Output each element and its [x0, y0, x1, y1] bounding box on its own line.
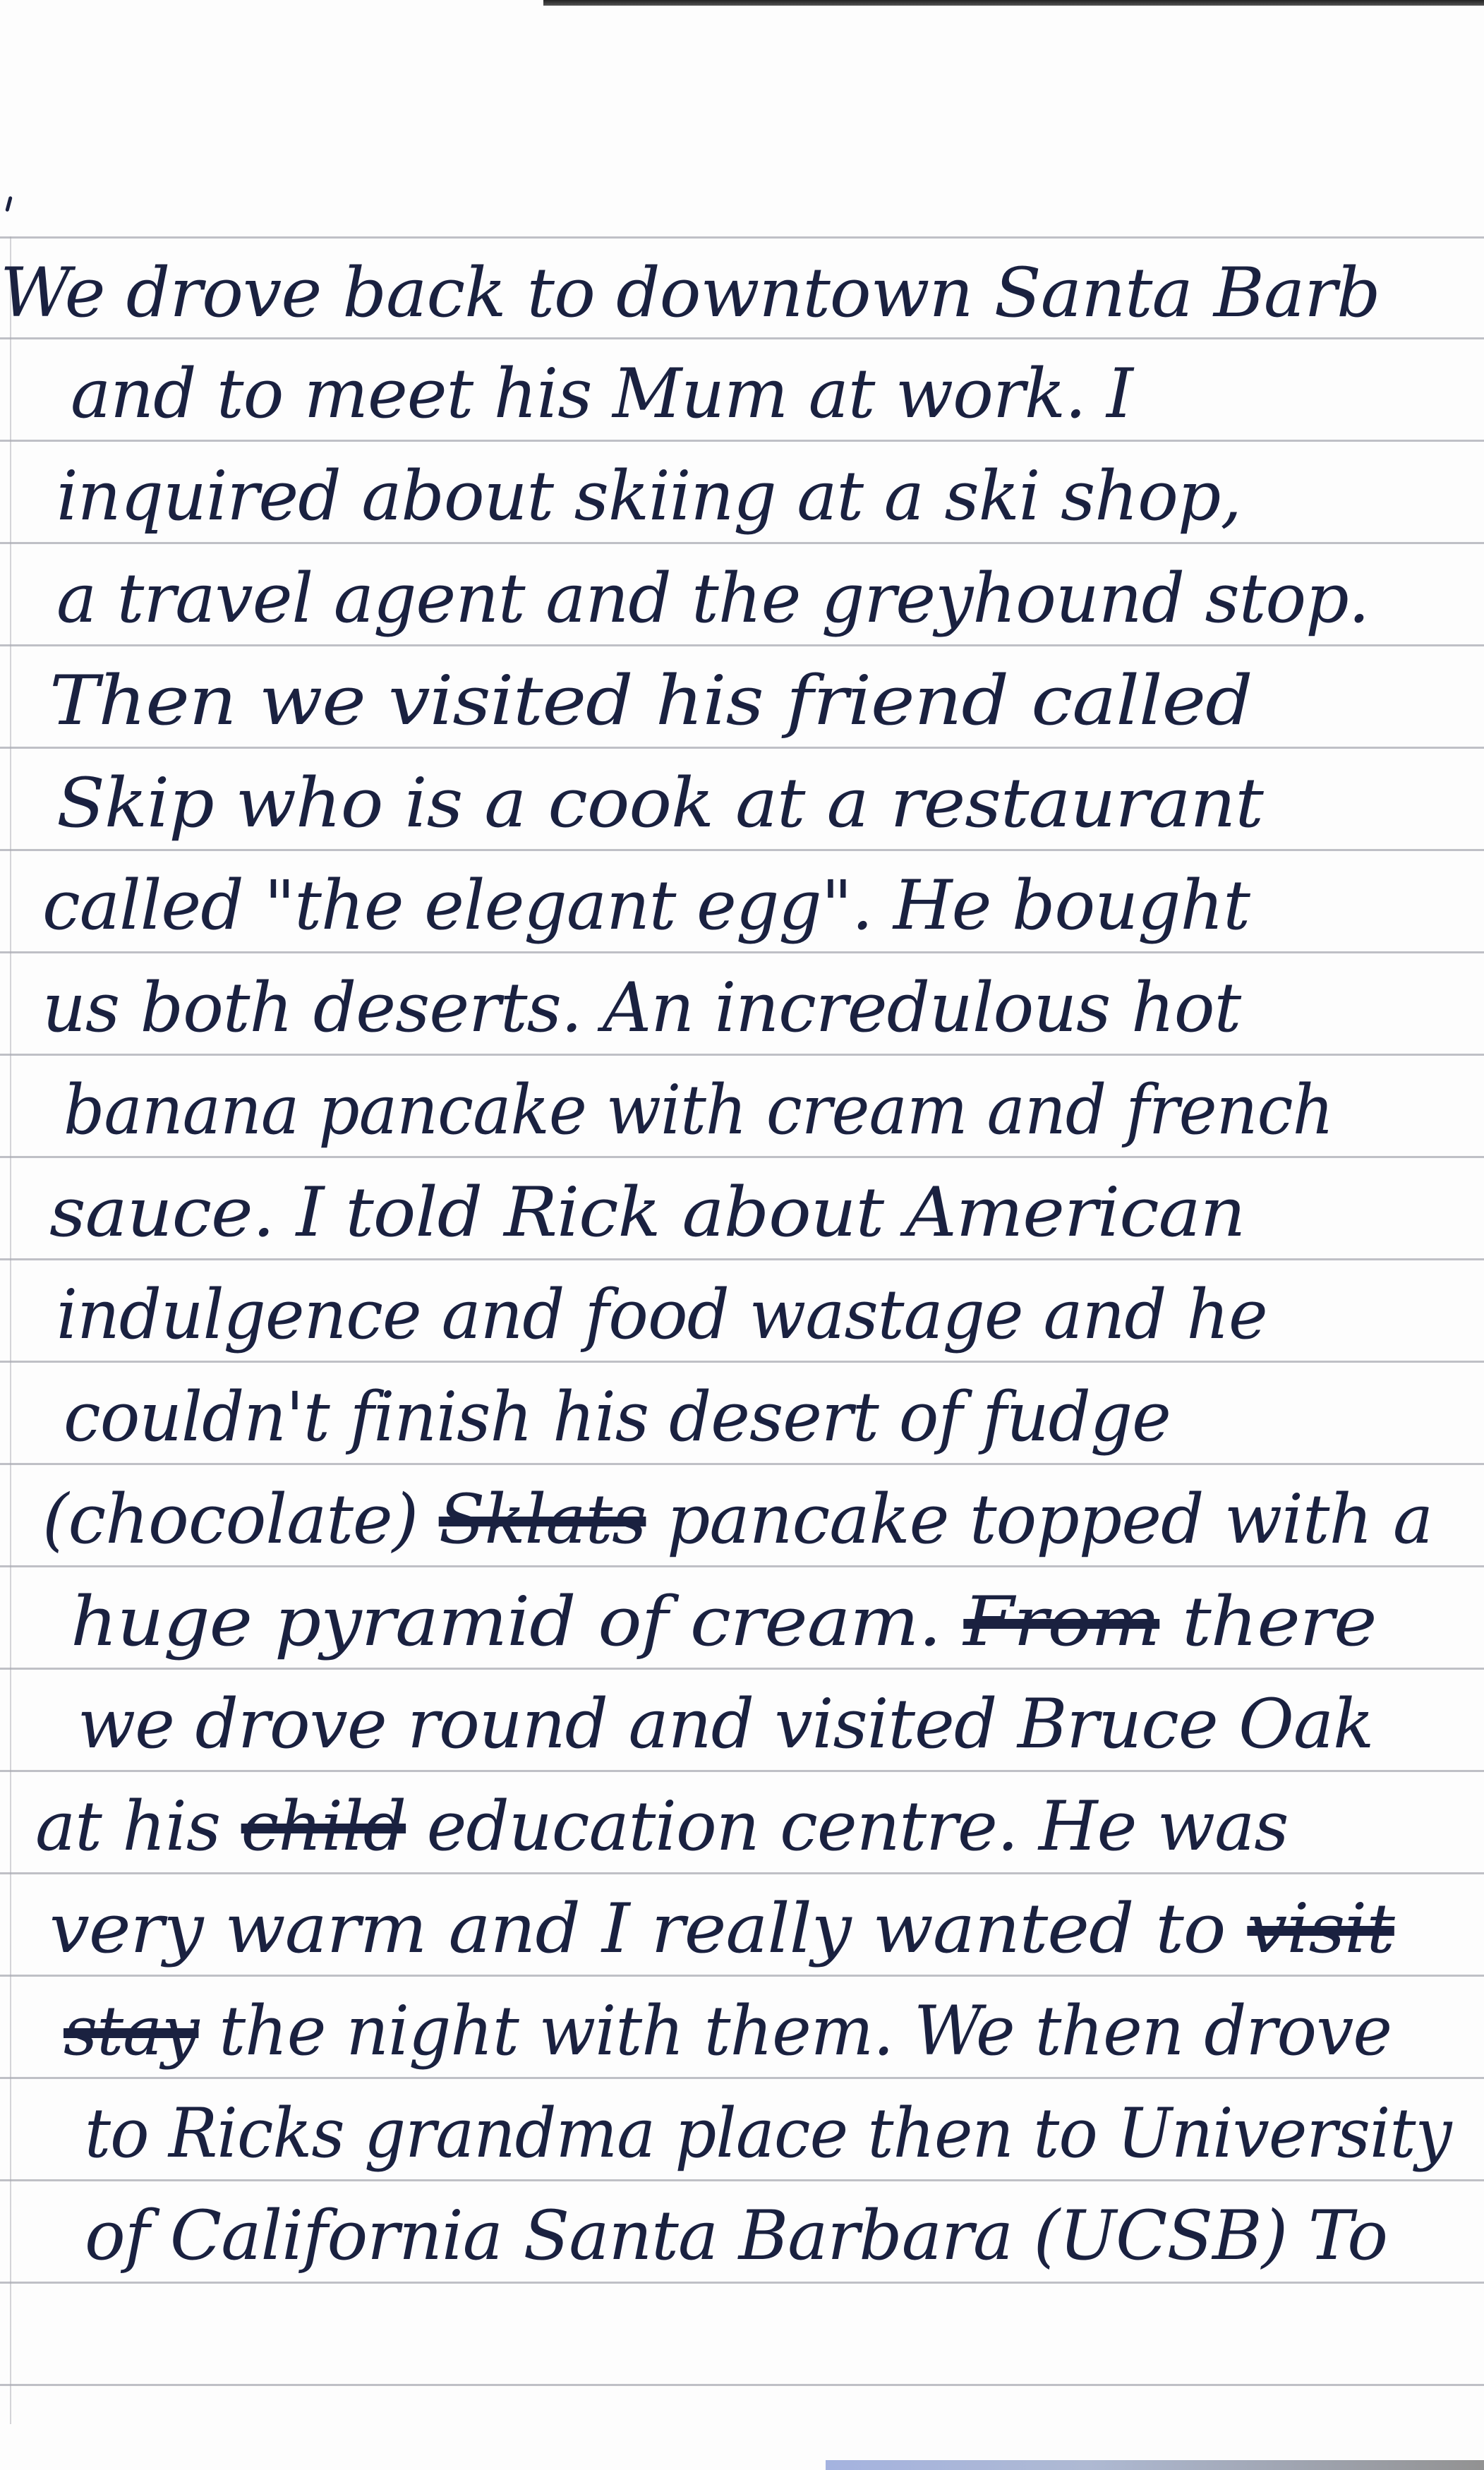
ruled-line	[0, 2384, 1484, 2386]
handwritten-line-20: of California Santa Barbara (UCSB) To	[85, 2193, 1484, 2285]
line-14-text-before: huge pyramid of cream.	[71, 1582, 963, 1661]
line-14-text-after: there	[1159, 1582, 1376, 1661]
handwritten-line-13: (chocolate) Sklats pancake topped with a	[42, 1477, 1484, 1569]
page-top-shadow	[543, 0, 1484, 6]
line-17-text-before: very warm and I really wanted to	[49, 1889, 1247, 1968]
struck-through-word: Sklats	[439, 1480, 646, 1559]
struck-through-word: visit	[1247, 1889, 1394, 1968]
line-18-text-after: the night with them. We then drove	[198, 1992, 1392, 2071]
handwritten-line-4: a travel agent and the greyhound stop.	[56, 556, 1484, 648]
handwritten-line-15: we drove round and visited Bruce Oak	[78, 1682, 1484, 1773]
handwritten-line-7: called "the elegant egg". He bought	[42, 863, 1484, 955]
line-13-text-after: pancake topped with a	[646, 1480, 1432, 1559]
ruled-line	[0, 236, 1484, 239]
line-16-text-after: education centre. He was	[406, 1787, 1288, 1866]
handwritten-line-9: banana pancake with cream and french	[64, 1068, 1473, 1159]
handwritten-line-2: and to meet his Mum at work. I	[71, 351, 1484, 443]
page-bottom-edge	[826, 2460, 1484, 2470]
handwritten-line-18: stay the night with them. We then drove	[64, 1989, 1484, 2080]
handwritten-line-11: indulgence and food wastage and he	[56, 1272, 1484, 1364]
line-13-text-before: (chocolate)	[42, 1480, 439, 1559]
handwritten-line-16: at his child education centre. He was	[35, 1784, 1484, 1876]
struck-through-word: stay	[64, 1992, 198, 2071]
left-margin-line	[10, 236, 11, 2424]
notebook-page: We drove back to downtown Santa Barb and…	[0, 0, 1484, 2470]
handwritten-line-14: huge pyramid of cream. From there	[71, 1579, 1484, 1671]
handwritten-line-1: We drove back to downtown Santa Barb	[0, 251, 1484, 342]
struck-through-word: child	[241, 1787, 406, 1866]
struck-through-word: From	[963, 1582, 1159, 1661]
handwritten-line-17: very warm and I really wanted to visit	[49, 1886, 1484, 1978]
handwritten-line-10: sauce. I told Rick about American	[49, 1170, 1484, 1262]
handwritten-line-3: inquired about skiing at a ski shop,	[56, 454, 1484, 546]
handwritten-line-5: Then we visited his friend called	[49, 658, 1484, 750]
handwritten-line-12: couldn't finish his desert of fudge	[64, 1375, 1484, 1466]
handwritten-line-19: to Ricks grandma place then to Universit…	[85, 2091, 1484, 2183]
line-16-text-before: at his	[35, 1787, 241, 1866]
stray-pen-mark	[5, 196, 13, 212]
handwritten-line-8: us both deserts. An incredulous hot	[42, 965, 1484, 1057]
handwritten-line-6: Skip who is a cook at a restaurant	[56, 761, 1484, 853]
